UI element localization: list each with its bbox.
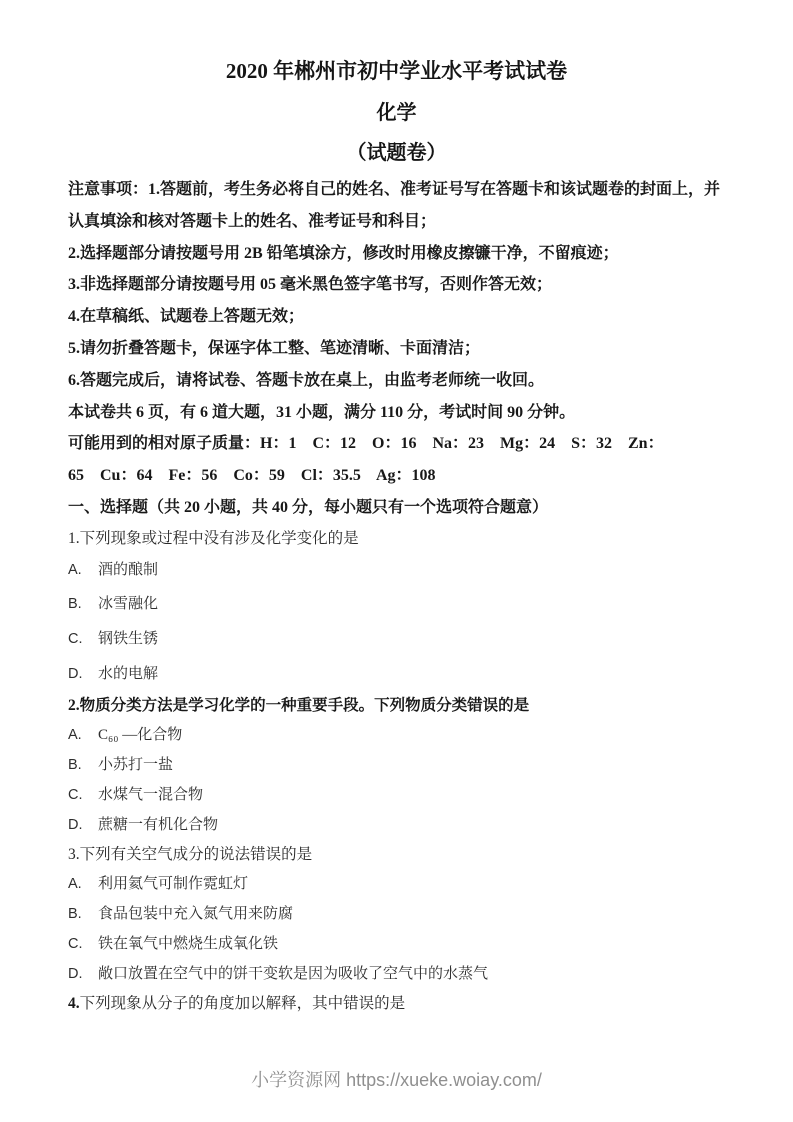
option-label: D. <box>68 657 84 692</box>
option-label: B. <box>68 587 84 622</box>
question-stem: 4.下列现象从分子的角度加以解释，其中错误的是 <box>68 989 725 1018</box>
question-list: 1.下列现象或过程中没有涉及化学变化的是A.酒的酿制B.冰雪融化C.钢铁生锈D.… <box>68 524 725 1018</box>
option-label: A. <box>68 553 84 588</box>
section-title: 一、选择题（共 20 小题，共 40 分，每小题只有一个选项符合题意） <box>68 492 725 524</box>
option-label: B. <box>68 899 84 929</box>
paper-type-label: （试题卷） <box>68 140 725 166</box>
option-text: 水煤气一混合物 <box>98 787 203 803</box>
question-number: 2. <box>68 697 80 714</box>
subject-title: 化学 <box>68 100 725 126</box>
option-label: C. <box>68 622 84 657</box>
option-row: D.蔗糖一有机化合物 <box>68 810 725 840</box>
exam-paper-page: 2020 年郴州市初中学业水平考试试卷 化学 （试题卷） 注意事项：1.答题前，… <box>0 0 793 1018</box>
option-text: 食品包装中充入氮气用来防腐 <box>98 906 293 922</box>
notice-line: 可能用到的相对原子质量：H：1 C：12 O：16 Na：23 Mg：24 S：… <box>68 428 725 492</box>
option-text: 铁在氧气中燃烧生成氧化铁 <box>98 936 278 952</box>
option-text: 利用氦气可制作霓虹灯 <box>98 876 248 892</box>
option-row: A.利用氦气可制作霓虹灯 <box>68 869 725 899</box>
option-label: A. <box>68 869 84 899</box>
footer-site-text: 小学资源网 https://xueke.woiay.com/ <box>251 1070 542 1090</box>
option-label: A. <box>68 720 84 750</box>
option-row: B.小苏打一盐 <box>68 750 725 780</box>
option-text: 水的电解 <box>98 666 158 682</box>
question-text: 物质分类方法是学习化学的一种重要手段。下列物质分类错误的是 <box>80 697 530 714</box>
question-2: 2.物质分类方法是学习化学的一种重要手段。下列物质分类错误的是A.C₆₀ —化合… <box>68 691 725 840</box>
option-text: 小苏打一盐 <box>98 757 173 773</box>
question-text: 下列现象或过程中没有涉及化学变化的是 <box>80 530 359 547</box>
option-row: A.C₆₀ —化合物 <box>68 720 725 750</box>
question-text: 下列有关空气成分的说法错误的是 <box>80 846 313 863</box>
option-text: 钢铁生锈 <box>98 631 158 647</box>
question-text: 下列现象从分子的角度加以解释，其中错误的是 <box>80 995 406 1012</box>
exam-notices: 注意事项：1.答题前，考生务必将自己的姓名、准考证号写在答题卡和该试题卷的封面上… <box>68 174 725 492</box>
option-text: 冰雪融化 <box>98 596 158 612</box>
question-number: 4. <box>68 995 80 1012</box>
notice-line: 注意事项：1.答题前，考生务必将自己的姓名、准考证号写在答题卡和该试题卷的封面上… <box>68 174 725 238</box>
question-stem: 1.下列现象或过程中没有涉及化学变化的是 <box>68 524 725 553</box>
footer-watermark: 小学资源网 https://xueke.woiay.com/ <box>0 1066 793 1092</box>
option-label: C. <box>68 929 84 959</box>
option-label: C. <box>68 780 84 810</box>
question-stem: 2.物质分类方法是学习化学的一种重要手段。下列物质分类错误的是 <box>68 691 725 720</box>
question-number: 1. <box>68 530 80 547</box>
notice-line: 本试卷共 6 页，有 6 道大题，31 小题，满分 110 分，考试时间 90 … <box>68 397 725 429</box>
option-row: C.铁在氧气中燃烧生成氧化铁 <box>68 929 725 959</box>
notice-line: 3.非选择题部分请按题号用 05 毫米黑色签字笔书写，否则作答无效； <box>68 269 725 301</box>
option-label: B. <box>68 750 84 780</box>
notice-line: 2.选择题部分请按题号用 2B 铅笔填涂方，修改时用橡皮擦镰干净，不留痕迹； <box>68 238 725 270</box>
option-row: A.酒的酿制 <box>68 553 725 588</box>
option-row: B.食品包装中充入氮气用来防腐 <box>68 899 725 929</box>
option-text: C₆₀ —化合物 <box>98 727 182 743</box>
page-title: 2020 年郴州市初中学业水平考试试卷 <box>68 58 725 84</box>
question-1: 1.下列现象或过程中没有涉及化学变化的是A.酒的酿制B.冰雪融化C.钢铁生锈D.… <box>68 524 725 691</box>
option-row: D.敞口放置在空气中的饼干变软是因为吸收了空气中的水蒸气 <box>68 959 725 989</box>
question-4: 4.下列现象从分子的角度加以解释，其中错误的是 <box>68 989 725 1018</box>
option-text: 敞口放置在空气中的饼干变软是因为吸收了空气中的水蒸气 <box>98 966 488 982</box>
question-stem: 3.下列有关空气成分的说法错误的是 <box>68 840 725 869</box>
notice-line: 4.在草稿纸、试题卷上答题无效； <box>68 301 725 333</box>
option-row: B.冰雪融化 <box>68 587 725 622</box>
option-label: D. <box>68 810 84 840</box>
question-number: 3. <box>68 846 80 863</box>
notice-line: 5.请勿折叠答题卡，保诬字体工整、笔迹清晰、卡面清洁； <box>68 333 725 365</box>
option-text: 蔗糖一有机化合物 <box>98 817 218 833</box>
option-row: C.钢铁生锈 <box>68 622 725 657</box>
option-row: D.水的电解 <box>68 657 725 692</box>
option-text: 酒的酿制 <box>98 562 158 578</box>
option-label: D. <box>68 959 84 989</box>
question-3: 3.下列有关空气成分的说法错误的是A.利用氦气可制作霓虹灯B.食品包装中充入氮气… <box>68 840 725 989</box>
option-row: C.水煤气一混合物 <box>68 780 725 810</box>
notice-line: 6.答题完成后，请将试卷、答题卡放在桌上，由监考老师统一收回。 <box>68 365 725 397</box>
